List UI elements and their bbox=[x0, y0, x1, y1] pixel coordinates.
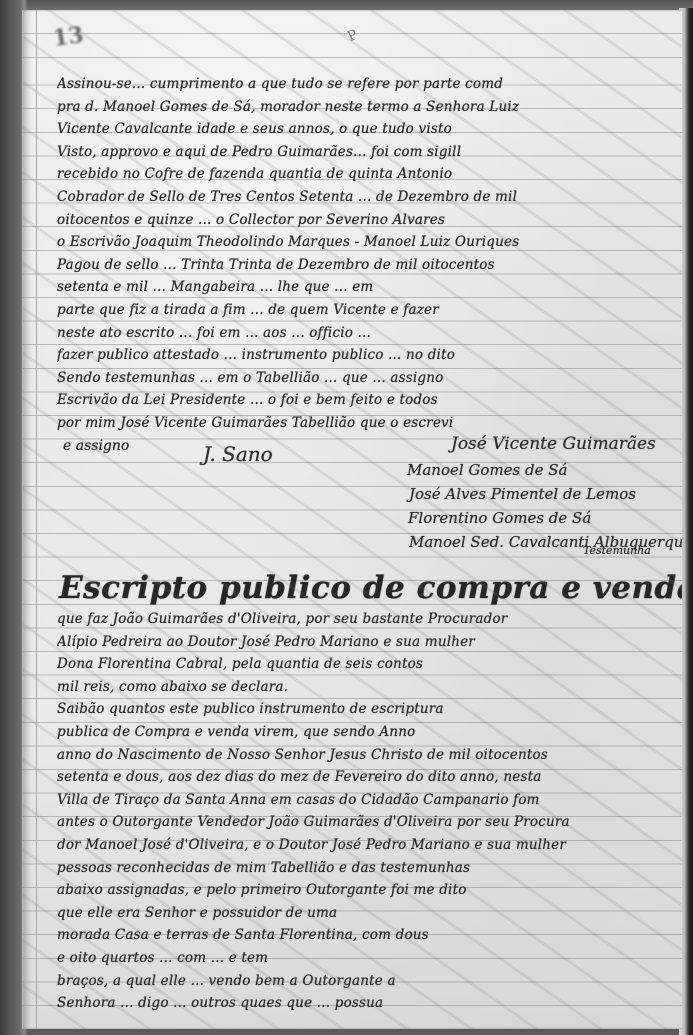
text-line: recebido no Cofre de fazenda quantia de … bbox=[57, 163, 664, 186]
text-line: e oito quartos ... com ... e tem bbox=[57, 947, 664, 970]
closing-phrase: e assigno bbox=[63, 438, 129, 454]
text-line: parte que fiz a tirada a fim ... de quem… bbox=[57, 299, 664, 322]
text-line: Cobrador de Sello de Tres Centos Setenta… bbox=[57, 186, 664, 209]
text-line: o Escrivão Joaquim Theodolindo Marques -… bbox=[57, 231, 664, 254]
text-line: Vicente Cavalcante idade e seus annos, o… bbox=[57, 118, 664, 141]
signature-block: e assigno J. Sano José Vicente Guimarães… bbox=[23, 428, 682, 563]
text-line: Pagou de sello ... Trinta Trinta de Deze… bbox=[57, 254, 664, 277]
text-line: braços, a qual elle ... vendo bem a Outo… bbox=[57, 970, 664, 993]
text-line: anno do Nascimento de Nosso Senhor Jesus… bbox=[57, 744, 664, 767]
text-line: Sendo testemunhas ... em o Tabellião ...… bbox=[57, 367, 664, 390]
text-line: morada Casa e terras de Santa Florentina… bbox=[57, 924, 664, 947]
text-line: Assinou-se... cumprimento a que tudo se … bbox=[57, 73, 664, 96]
signature-flourish: Testemunha bbox=[583, 544, 651, 557]
text-line: setenta e dous, aos dez dias do mez de F… bbox=[57, 766, 664, 789]
manuscript-page: 13 P Assinou-se... cumprimento a que tud… bbox=[22, 10, 682, 1029]
signature-tabelliao: José Vicente Guimarães bbox=[451, 434, 656, 454]
text-line: que faz João Guimarães d'Oliveira, por s… bbox=[57, 608, 664, 631]
text-line: Senhora ... digo ... outros quaes que ..… bbox=[57, 992, 664, 1015]
text-line: setenta e mil ... Mangabeira ... lhe que… bbox=[57, 276, 664, 299]
faint-pencil-mark: P bbox=[345, 27, 360, 45]
text-line: abaixo assignadas, e pelo primeiro Outor… bbox=[57, 879, 664, 902]
text-line: Visto, approvo e aqui de Pedro Guimarães… bbox=[57, 141, 664, 164]
text-line: Escrivão da Lei Presidente ... o foi e b… bbox=[57, 389, 664, 412]
deed-closing-paragraph: Assinou-se... cumprimento a que tudo se … bbox=[57, 73, 664, 435]
signature-left: J. Sano bbox=[203, 442, 273, 466]
page-margin-rule bbox=[36, 10, 37, 1029]
signature-party: José Alves Pimentel de Lemos bbox=[409, 485, 636, 503]
signature-party: Manoel Gomes de Sá bbox=[407, 461, 567, 479]
text-line: mil reis, como abaixo se declara. bbox=[57, 676, 664, 699]
signature-witness: Florentino Gomes de Sá bbox=[408, 509, 591, 527]
text-line: que elle era Senhor e possuidor de uma bbox=[57, 902, 664, 925]
text-line: antes o Outorgante Vendedor João Guimarã… bbox=[57, 811, 664, 834]
text-line: Dona Florentina Cabral, pela quantia de … bbox=[57, 653, 664, 676]
deed-body-paragraph: que faz João Guimarães d'Oliveira, por s… bbox=[57, 608, 664, 1015]
text-line: pra d. Manoel Gomes de Sá, morador neste… bbox=[57, 96, 664, 119]
text-line: Villa de Tiraço da Santa Anna em casas d… bbox=[57, 789, 664, 812]
text-line: publica de Compra e venda virem, que sen… bbox=[57, 721, 664, 744]
text-line: Saibão quantos este publico instrumento … bbox=[57, 698, 664, 721]
text-line: neste ato escrito ... foi em ... aos ...… bbox=[57, 322, 664, 345]
text-line: Alípio Pedreira ao Doutor José Pedro Mar… bbox=[57, 631, 664, 654]
text-line: pessoas reconhecidas de mim Tabellião e … bbox=[57, 857, 664, 880]
deed-heading: Escripto publico de compra e venda bbox=[59, 570, 682, 606]
text-line: fazer publico attestado ... instrumento … bbox=[57, 344, 664, 367]
text-line: dor Manoel José d'Oliveira, e o Doutor J… bbox=[57, 834, 664, 857]
text-line: oitocentos e quinze ... o Collector por … bbox=[57, 209, 664, 232]
folio-number: 13 bbox=[51, 22, 85, 52]
